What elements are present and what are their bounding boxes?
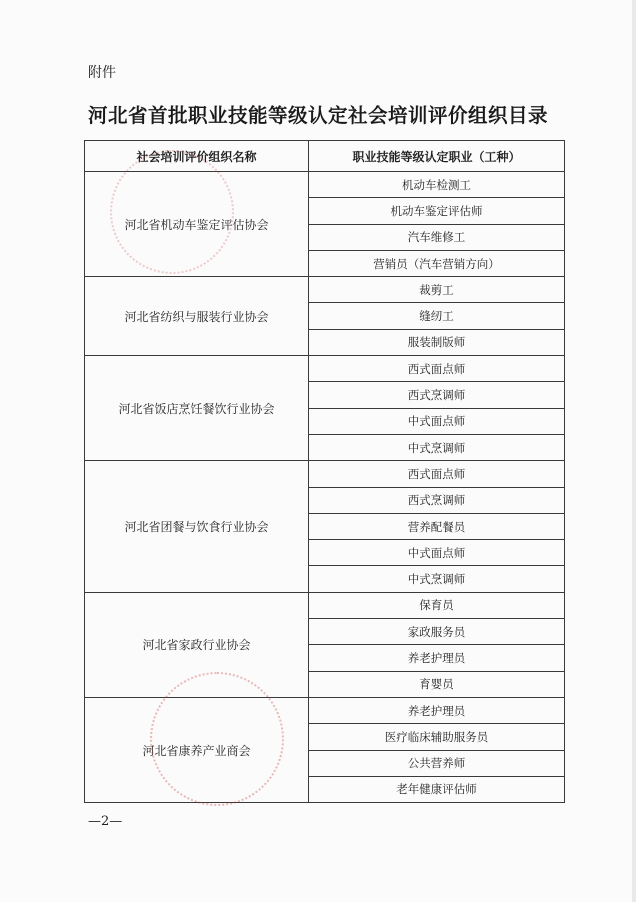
attachment-label: 附件: [88, 62, 116, 82]
occupation-cell: 养老护理员: [309, 645, 565, 671]
page-number: —2—: [88, 814, 122, 829]
occupation-cell: 西式烹调师: [309, 487, 565, 513]
page-edge: [632, 0, 636, 902]
table-row: 河北省家政行业协会 保育员: [85, 592, 565, 618]
occupation-cell: 医疗临床辅助服务员: [309, 724, 565, 750]
occupation-cell: 中式烹调师: [309, 434, 565, 460]
occupation-cell: 公共营养师: [309, 750, 565, 776]
organization-directory-table: 社会培训评价组织名称 职业技能等级认定职业（工种） 河北省机动车鉴定评估协会 机…: [84, 140, 565, 803]
occupation-cell: 汽车维修工: [309, 224, 565, 250]
organization-cell: 河北省家政行业协会: [85, 592, 309, 697]
table-row: 河北省饭店烹饪餐饮行业协会 西式面点师: [85, 356, 565, 382]
table-row: 河北省康养产业商会 养老护理员: [85, 697, 565, 723]
table-row: 河北省团餐与饮食行业协会 西式面点师: [85, 461, 565, 487]
occupation-cell: 机动车检测工: [309, 172, 565, 198]
occupation-cell: 中式面点师: [309, 408, 565, 434]
table-header-row: 社会培训评价组织名称 职业技能等级认定职业（工种）: [85, 141, 565, 172]
organization-cell: 河北省康养产业商会: [85, 697, 309, 802]
occupation-cell: 西式面点师: [309, 356, 565, 382]
organization-cell: 河北省团餐与饮食行业协会: [85, 461, 309, 592]
occupation-cell: 家政服务员: [309, 619, 565, 645]
occupation-cell: 育婴员: [309, 671, 565, 697]
table-row: 河北省纺织与服装行业协会 裁剪工: [85, 277, 565, 303]
occupation-cell: 缝纫工: [309, 303, 565, 329]
occupation-cell: 西式烹调师: [309, 382, 565, 408]
table-row: 河北省机动车鉴定评估协会 机动车检测工: [85, 172, 565, 198]
occupation-cell: 机动车鉴定评估师: [309, 198, 565, 224]
organization-cell: 河北省机动车鉴定评估协会: [85, 172, 309, 277]
header-occupation: 职业技能等级认定职业（工种）: [309, 141, 565, 172]
occupation-cell: 服装制版师: [309, 329, 565, 355]
occupation-cell: 保育员: [309, 592, 565, 618]
occupation-cell: 养老护理员: [309, 697, 565, 723]
occupation-cell: 裁剪工: [309, 277, 565, 303]
occupation-cell: 中式面点师: [309, 540, 565, 566]
occupation-cell: 中式烹调师: [309, 566, 565, 592]
header-organization: 社会培训评价组织名称: [85, 141, 309, 172]
occupation-cell: 老年健康评估师: [309, 776, 565, 802]
document-title: 河北省首批职业技能等级认定社会培训评价组织目录: [0, 100, 636, 128]
organization-cell: 河北省纺织与服装行业协会: [85, 277, 309, 356]
occupation-cell: 营销员（汽车营销方向）: [309, 250, 565, 276]
occupation-cell: 西式面点师: [309, 461, 565, 487]
occupation-cell: 营养配餐员: [309, 513, 565, 539]
organization-cell: 河北省饭店烹饪餐饮行业协会: [85, 356, 309, 461]
